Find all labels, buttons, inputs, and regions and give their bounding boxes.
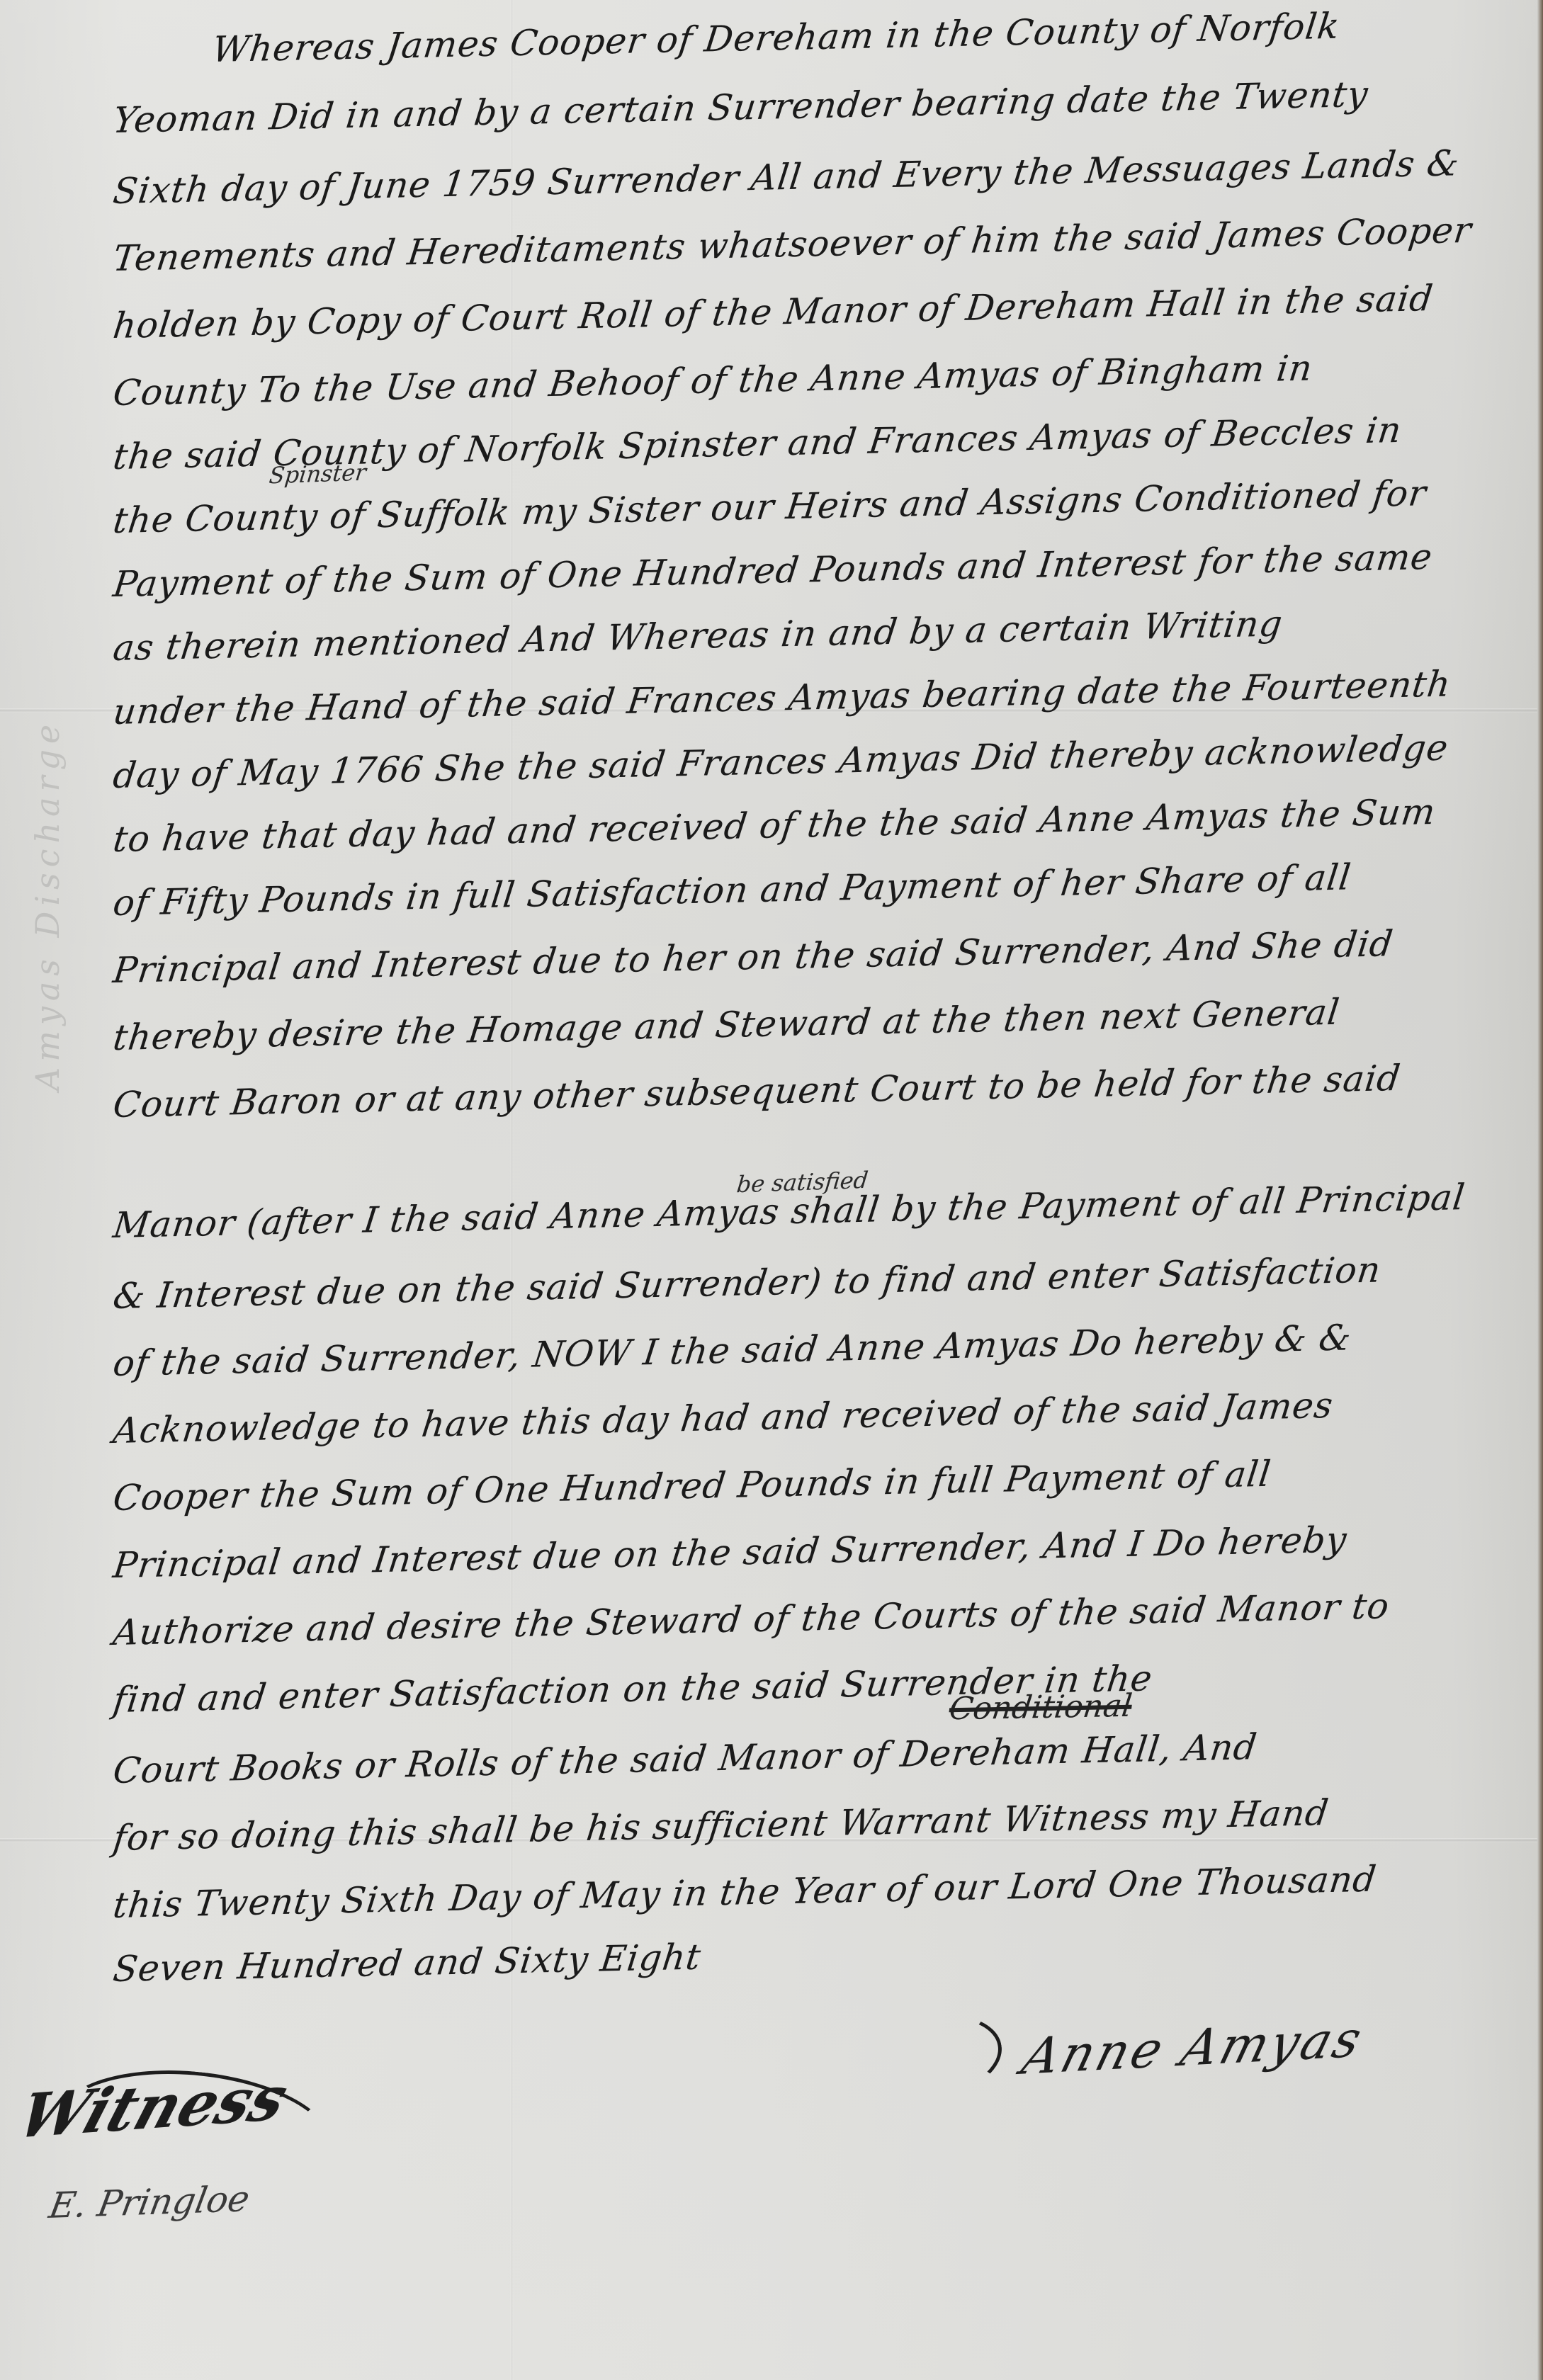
text-line-23: Principal and Interest due on the said S… (111, 1514, 1525, 1587)
interlineation-spinster: Spinster (268, 459, 368, 489)
witness-name: E. Pringloe (46, 2178, 253, 2226)
show-through-text: Amyas Discharge (28, 595, 71, 1091)
text-line-28: this Twenty Sixth Day of May in the Year… (111, 1854, 1525, 1927)
text-line-29: Seven Hundred and Sixty Eight (111, 1918, 1525, 1990)
text-line-5: holden by Copy of Court Roll of the Mano… (111, 275, 1525, 347)
text-line-11: under the Hand of the said Frances Amyas… (111, 661, 1525, 733)
text-line-14: of Fifty Pounds in full Satisfaction and… (111, 852, 1525, 924)
text-line-20: of the said Surrender, NOW I the said An… (111, 1313, 1525, 1385)
text-line-16: thereby desire the Homage and Steward at… (111, 987, 1525, 1059)
text-line-17: Court Baron or at any other subsequent C… (111, 1054, 1525, 1126)
text-line-22: Cooper the Sum of One Hundred Pounds in … (111, 1447, 1525, 1519)
text-line-10: as therein mentioned And Whereas in and … (111, 597, 1525, 669)
text-line-15: Principal and Interest due to her on the… (111, 919, 1525, 992)
pen-flourish (847, 2003, 1009, 2113)
struck-out-word: Conditional (947, 1688, 1134, 1728)
text-line-26: Court Books or Rolls of the said Manor o… (111, 1720, 1525, 1792)
text-line-6: County To the Use and Behoof of the Anne… (111, 342, 1525, 414)
text-line-13: to have that day had and received of the… (111, 788, 1525, 861)
text-line-24: Authorize and desire the Steward of the … (111, 1582, 1525, 1654)
text-line-12: day of May 1766 She the said Frances Amy… (111, 725, 1525, 797)
signature-anne-amyas: Anne Amyas (1016, 2010, 1370, 2086)
text-line-25: find and enter Satisfaction on the said … (111, 1649, 1525, 1721)
text-line-2: Yeoman Did in and by a certain Surrender… (111, 69, 1525, 142)
paper-edge (1537, 0, 1543, 2380)
text-line-3: Sixth day of June 1759 Surrender All and… (111, 140, 1525, 212)
text-line-1: Whereas James Cooper of Dereham in the C… (210, 0, 1543, 71)
text-line-4: Tenements and Hereditaments whatsoever o… (111, 208, 1525, 280)
text-line-27: for so doing this shall be his sufficien… (111, 1787, 1525, 1859)
fold-line (510, 0, 514, 2380)
text-line-19: & Interest due on the said Surrender) to… (111, 1245, 1525, 1317)
text-line-21: Acknowledge to have this day had and rec… (111, 1380, 1525, 1452)
text-line-9: Payment of the Sum of One Hundred Pounds… (111, 533, 1525, 606)
manuscript-page: Amyas Discharge Whereas James Cooper of … (0, 0, 1543, 2380)
